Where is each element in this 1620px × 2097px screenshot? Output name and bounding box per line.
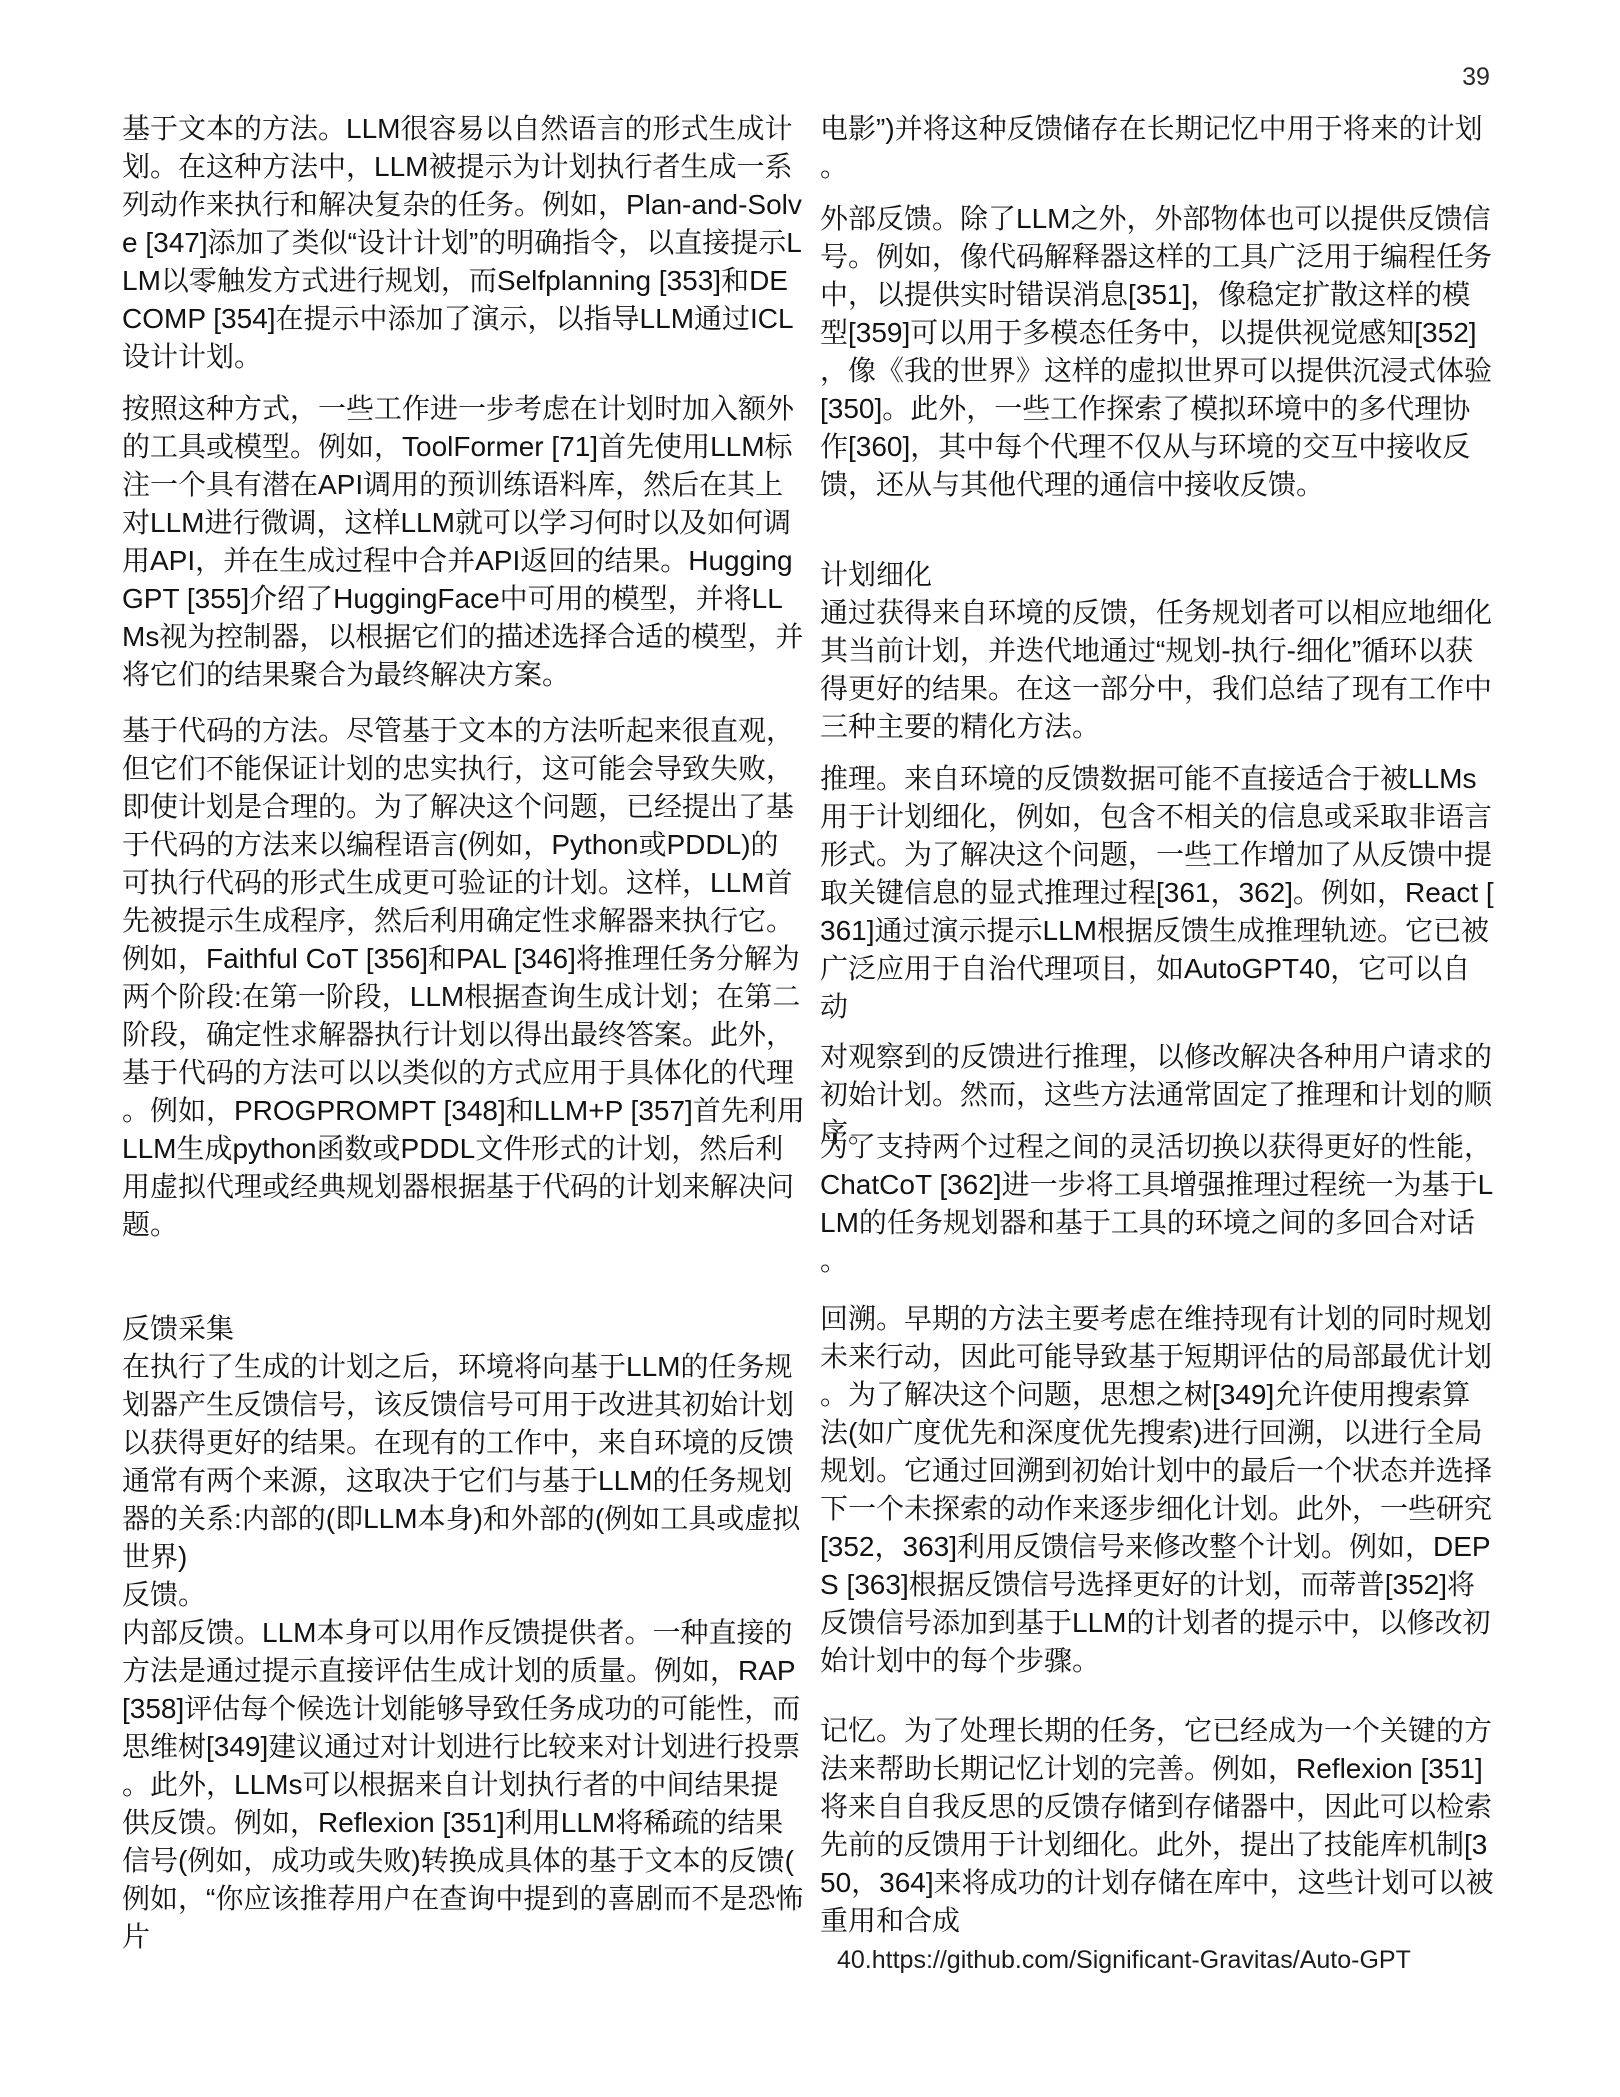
paragraph-reasoning: 推理。来自环境的反馈数据可能不直接适合于被LLMs用于计划细化，例如，包含不相关… (820, 760, 1498, 1026)
paragraph-text-based-methods: 基于文本的方法。LLM很容易以自然语言的形式生成计划。在这种方法中，LLM被提示… (122, 110, 806, 376)
paragraph-feedback-word: 反馈。 (122, 1576, 806, 1614)
paragraph-movie-continuation: 电影”)并将这种反馈储存在长期记忆中用于将来的计划。 (820, 110, 1498, 186)
paragraph-backtracking: 回溯。早期的方法主要考虑在维持现有计划的同时规划未来行动，因此可能导致基于短期评… (820, 1300, 1498, 1680)
paragraph-memorization: 记忆。为了处理长期的任务，它已经成为一个关键的方法来帮助长期记忆计划的完善。例如… (820, 1712, 1498, 1940)
paragraph-feedback-intro: 在执行了生成的计划之后，环境将向基于LLM的任务规划器产生反馈信号，该反馈信号可… (122, 1348, 806, 1576)
paper-page: 39 基于文本的方法。LLM很容易以自然语言的形式生成计划。在这种方法中，LLM… (0, 0, 1620, 2097)
heading-plan-refinement: 计划细化 (820, 556, 1498, 594)
paragraph-plan-refinement-intro: 通过获得来自环境的反馈，任务规划者可以相应地细化其当前计划，并迭代地通过“规划-… (820, 594, 1498, 746)
footnote-autogpt-url: 40.https://github.com/Significant-Gravit… (837, 1944, 1411, 1976)
paragraph-tool-augmented-planning: 按照这种方式，一些工作进一步考虑在计划时加入额外的工具或模型。例如，ToolFo… (122, 390, 806, 694)
heading-feedback-acquisition: 反馈采集 (122, 1310, 806, 1348)
paragraph-code-based-methods: 基于代码的方法。尽管基于文本的方法听起来很直观，但它们不能保证计划的忠实执行，这… (122, 712, 806, 1244)
paragraph-external-feedback: 外部反馈。除了LLM之外，外部物体也可以提供反馈信号。例如，像代码解释器这样的工… (820, 200, 1498, 504)
paragraph-internal-feedback: 内部反馈。LLM本身可以用作反馈提供者。一种直接的方法是通过提示直接评估生成计划… (122, 1614, 806, 1956)
paragraph-chatcot-flexible-switch: 为了支持两个过程之间的灵活切换以获得更好的性能，ChatCoT [362]进一步… (820, 1128, 1498, 1280)
page-number: 39 (1446, 62, 1506, 92)
